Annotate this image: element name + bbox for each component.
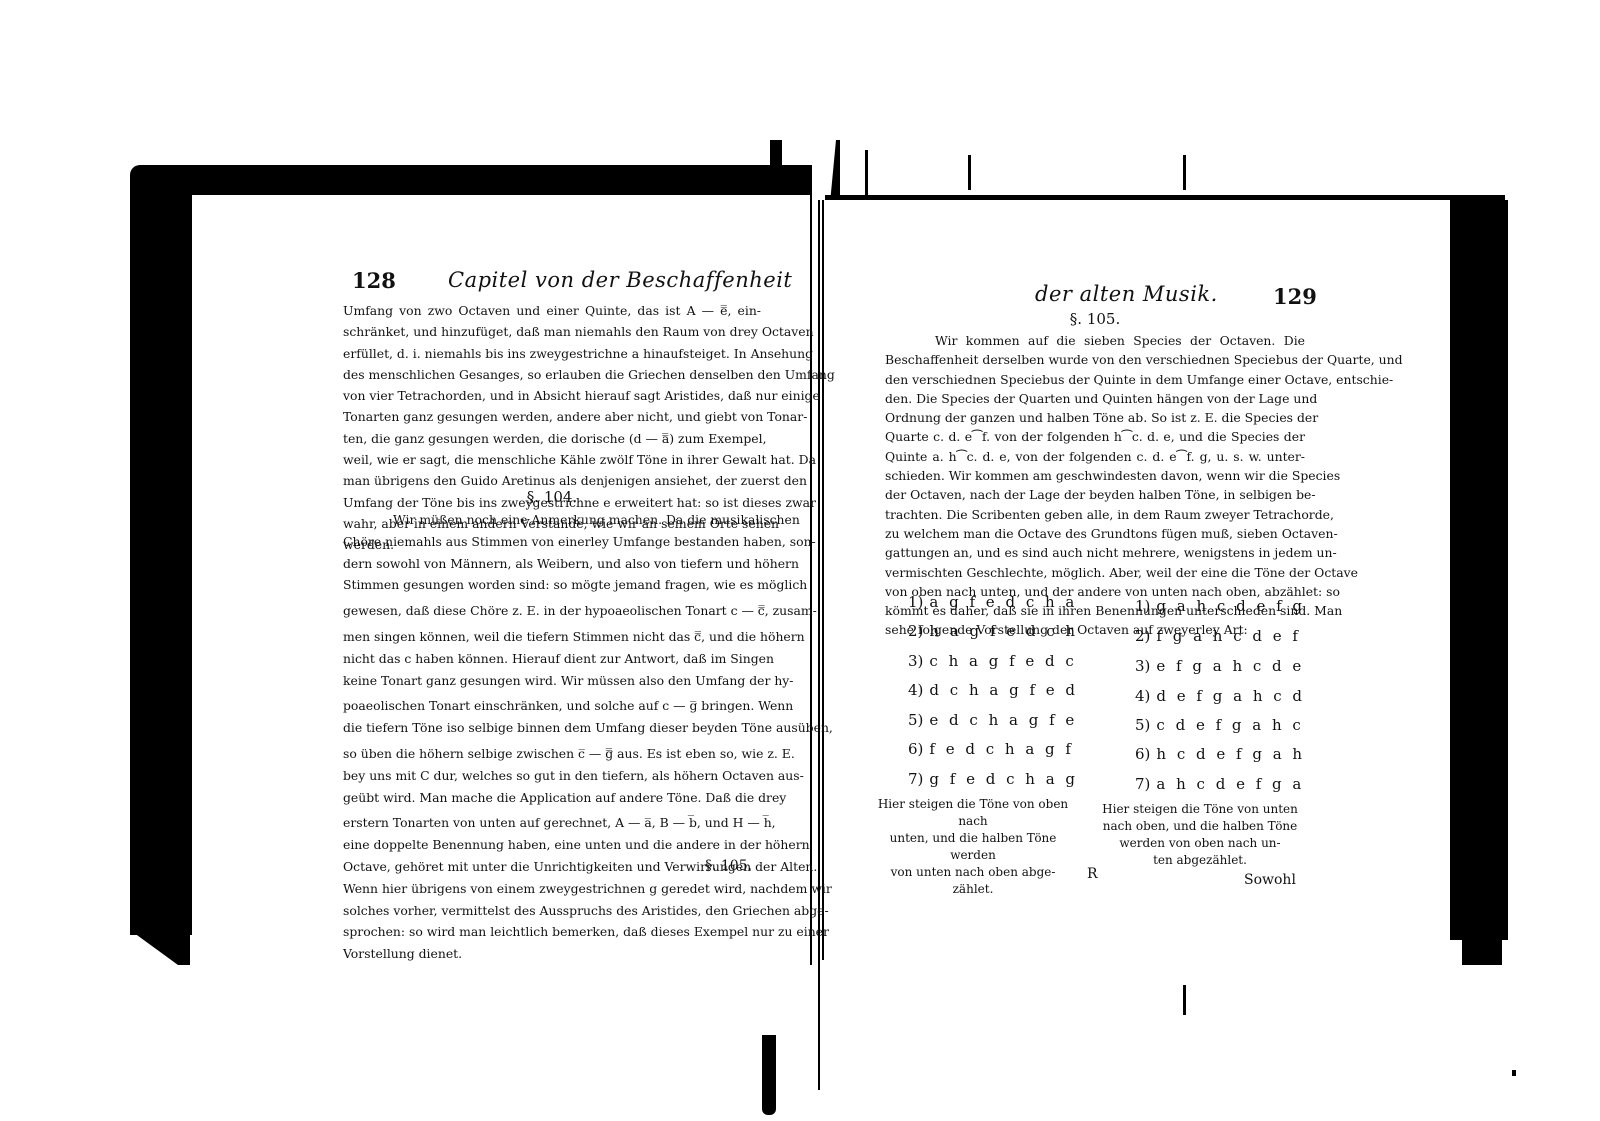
text-line: von vier Tetrachorden, und in Absicht hi…: [343, 385, 761, 406]
left-page-right-edge: [810, 195, 812, 965]
text-line: Wenn hier übrigens von einem zweygestric…: [343, 878, 761, 900]
text-line: vermischten Geschlechte, möglich. Aber, …: [885, 563, 1305, 582]
text-line: erstern Tonarten von unten auf gerechnet…: [343, 812, 761, 834]
caption-line: ten abgezählet.: [1095, 852, 1305, 869]
text-line: den verschiednen Speciebus der Quinte in…: [885, 370, 1305, 389]
left-cover-top-edge: [132, 165, 812, 195]
caption-line: Hier steigen die Töne von unten: [1095, 801, 1305, 818]
text-line: schränket, und hinzufüget, daß man niema…: [343, 321, 761, 342]
section-heading-104: §. 104.: [343, 488, 761, 506]
right-page-left-edge: [822, 200, 824, 960]
section-heading-105: §. 105.: [885, 310, 1305, 328]
page-number-right: 129: [1273, 284, 1317, 309]
text-line: ten, die ganz gesungen werden, die doris…: [343, 428, 761, 449]
text-line: des menschlichen Gesanges, so erlauben d…: [343, 364, 761, 385]
caption-line: Hier steigen die Töne von oben nach: [868, 796, 1078, 830]
caption-descending: Hier steigen die Töne von oben nach unte…: [868, 796, 1078, 898]
text-line: erfüllet, d. i. niemahls bis ins zweyges…: [343, 343, 761, 364]
caption-ascending: Hier steigen die Töne von unten nach obe…: [1095, 801, 1305, 869]
text-line: Beschaffenheit derselben wurde von den v…: [885, 350, 1305, 369]
octave-row: 2)h a g f e d c h: [908, 622, 1078, 640]
left-paragraph-104: Wir müßen noch eine Anmerkung machen. Da…: [343, 509, 761, 965]
text-line: Chöre niemahls aus Stimmen von einerley …: [343, 531, 761, 553]
octave-row: 7)a h c d e f g a: [1135, 775, 1304, 793]
text-line: Quinte a. h⁀c. d. e, von der folgenden c…: [885, 447, 1305, 466]
signature-mark: R: [1087, 866, 1098, 882]
text-line: nicht das c haben können. Hierauf dient …: [343, 648, 761, 670]
page-tab-mark: [762, 1035, 776, 1115]
corner-speck: [1512, 1070, 1516, 1076]
text-line: Wir kommen auf die sieben Species der Oc…: [885, 331, 1305, 350]
text-line: Quarte c. d. e⁀f. von der folgenden h⁀c.…: [885, 427, 1305, 446]
text-line: dern sowohl von Männern, als Weibern, un…: [343, 553, 761, 575]
text-line: poaeolischen Tonart einschränken, und so…: [343, 695, 761, 717]
text-line: den. Die Species der Quarten und Quinten…: [885, 389, 1305, 408]
text-line: zu welchem man die Octave des Grundtons …: [885, 524, 1305, 543]
octave-row: 2)f g a h c d e f: [1135, 627, 1301, 645]
text-line: solches vorher, vermittelst des Ausspruc…: [343, 900, 761, 922]
text-line: sprochen: so wird man leichtlich bemerke…: [343, 921, 761, 943]
text-line: Ordnung der ganzen und halben Töne ab. S…: [885, 408, 1305, 427]
page-number-left: 128: [352, 268, 396, 293]
octave-row: 7)g f e d c h a g: [908, 770, 1078, 788]
spine-tick: [1183, 985, 1186, 1015]
octave-row: 4)d e f g a h c d: [1135, 687, 1305, 705]
catchword-right: Sowohl: [1244, 872, 1296, 888]
text-line: Tonarten ganz gesungen werden, andere ab…: [343, 406, 761, 427]
text-line: so üben die höhern selbige zwischen c̅ —…: [343, 743, 761, 765]
caption-line: zählet.: [868, 881, 1078, 898]
text-line: trachten. Die Scribenten geben alle, in …: [885, 505, 1305, 524]
catchword-left: §. 105.: [705, 858, 752, 874]
spine-mark: [770, 140, 782, 195]
caption-line: werden von oben nach un-: [1095, 835, 1305, 852]
octave-row: 4)d c h a g f e d: [908, 681, 1078, 699]
octave-row: 1)a g f e d c h a: [908, 593, 1077, 611]
text-line: gewesen, daß diese Chöre z. E. in der hy…: [343, 600, 761, 622]
octave-row: 6)f e d c h a g f: [908, 740, 1074, 758]
text-line: keine Tonart ganz gesungen wird. Wir müs…: [343, 670, 761, 692]
text-line: weil, wie er sagt, die menschliche Kähle…: [343, 449, 761, 470]
spine-tick: [968, 155, 971, 190]
spine-tick: [865, 150, 868, 195]
octave-row: 5)c d e f g a h c: [1135, 716, 1304, 734]
octave-row: 6)h c d e f g a h: [1135, 745, 1305, 763]
text-line: Vorstellung dienet.: [343, 943, 761, 965]
caption-line: nach oben, und die halben Töne: [1095, 818, 1305, 835]
running-head-left: Capitel von der Beschaffenheit: [448, 268, 792, 292]
caption-line: unten, und die halben Töne werden: [868, 830, 1078, 864]
spine-gutter-line: [818, 200, 820, 1090]
text-line: gattungen an, und es sind auch nicht meh…: [885, 543, 1305, 562]
text-line: eine doppelte Benennung haben, eine unte…: [343, 834, 761, 856]
text-line: men singen können, weil die tiefern Stim…: [343, 626, 761, 648]
right-cover-bottom: [1462, 935, 1502, 965]
spine-tick: [1183, 155, 1186, 190]
octave-row: 5)e d c h a g f e: [908, 711, 1077, 729]
text-line: bey uns mit C dur, welches so gut in den…: [343, 765, 761, 787]
text-line: der Octaven, nach der Lage der beyden ha…: [885, 485, 1305, 504]
running-head-right: der alten Musik.: [1035, 282, 1218, 306]
left-cover-side: [130, 165, 192, 935]
text-line: Wir müßen noch eine Anmerkung machen. Da…: [343, 509, 761, 531]
text-line: schieden. Wir kommen am geschwindesten d…: [885, 466, 1305, 485]
octave-row: 3)e f g a h c d e: [1135, 657, 1304, 675]
text-line: Umfang von zwo Octaven und einer Quinte,…: [343, 300, 761, 321]
text-line: die tiefern Töne iso selbige binnen dem …: [343, 717, 761, 739]
octave-row: 3)c h a g f e d c: [908, 652, 1077, 670]
left-cover-shadow-bottom: [130, 930, 190, 965]
text-line: geübt wird. Man mache die Application au…: [343, 787, 761, 809]
text-line: Stimmen gesungen worden sind: so mögte j…: [343, 574, 761, 596]
caption-line: von unten nach oben abge-: [868, 864, 1078, 881]
right-cover-side: [1450, 200, 1508, 940]
text-line: Octave, gehöret mit unter die Unrichtigk…: [343, 856, 761, 878]
octave-row: 1)g a h c d e f g: [1135, 597, 1305, 615]
